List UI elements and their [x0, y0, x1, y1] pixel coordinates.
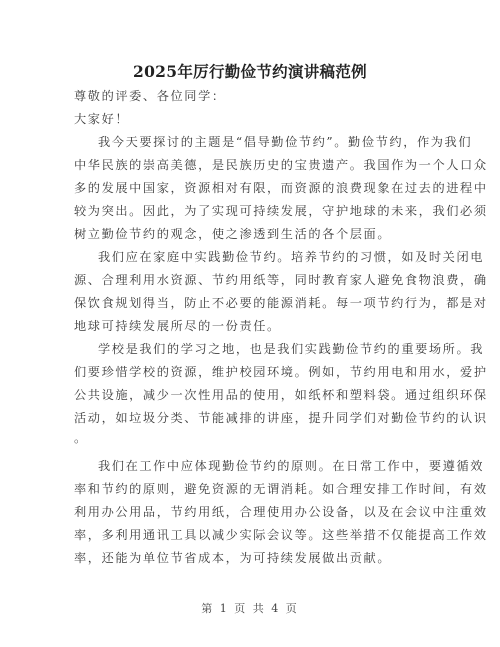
- paragraph-line: 我们在工作中应体现勤俭节约的原则。在日常工作中，要遵循效: [98, 458, 443, 474]
- salutation: 尊敬的评委、各位同学：: [74, 88, 419, 104]
- paragraph-line: 率，多利用通讯工具以减少实际会议等。这些举措不仅能提高工作效: [74, 527, 419, 543]
- paragraph-line: 学校是我们的学习之地，也是我们实践勤俭节约的重要场所。我: [98, 341, 443, 357]
- greeting: 大家好！: [74, 111, 419, 127]
- paragraph-line: 活动，如垃圾分类、节能减排的讲座，提升同学们对勤俭节约的认识: [74, 410, 419, 426]
- paragraph-line: 树立勤俭节约的观念，使之渗透到生活的各个层面。: [74, 226, 419, 242]
- paragraph-line: 们要珍惜学校的资源，维护校园环境。例如，节约用电和用水，爱护: [74, 364, 419, 380]
- paragraph-line: 较为突出。因此，为了实现可持续发展，守护地球的未来，我们必须: [74, 203, 419, 219]
- paragraph-line: 率和节约的原则，避免资源的无谓消耗。如合理安排工作时间，有效: [74, 481, 419, 497]
- document-page: 2025年厉行勤俭节约演讲稿范例 尊敬的评委、各位同学： 大家好！ 我今天要探讨…: [0, 0, 500, 647]
- document-title: 2025年厉行勤俭节约演讲稿范例: [0, 60, 500, 82]
- paragraph-line: 多的发展中国家，资源相对有限，而资源的浪费现象在过去的进程中: [74, 180, 419, 196]
- paragraph-line: 公共设施，减少一次性用品的使用，如纸杯和塑料袋。通过组织环保: [74, 387, 419, 403]
- paragraph-line: 率，还能为单位节省成本，为可持续发展做出贡献。: [74, 550, 419, 566]
- paragraph-line: 我们应在家庭中实践勤俭节约。培养节约的习惯，如及时关闭电: [98, 249, 443, 265]
- paragraph-line: 利用办公用品，节约用纸，合理使用办公设备，以及在会议中注重效: [74, 504, 419, 520]
- page-number-footer: 第 1 页 共 4 页: [0, 600, 500, 616]
- paragraph-line: 源、合理利用水资源、节约用纸等，同时教育家人避免食物浪费，确: [74, 272, 419, 288]
- paragraph-line: 我今天要探讨的主题是“倡导勤俭节约”。勤俭节约，作为我们: [98, 134, 443, 150]
- paragraph-line: 地球可持续发展所尽的一份责任。: [74, 318, 419, 334]
- paragraph-line: 保饮食规划得当，防止不必要的能源消耗。每一项节约行为，都是对: [74, 295, 419, 311]
- paragraph-line: 。: [74, 430, 419, 446]
- paragraph-line: 中华民族的崇高美德，是民族历史的宝贵遗产。我国作为一个人口众: [74, 157, 419, 173]
